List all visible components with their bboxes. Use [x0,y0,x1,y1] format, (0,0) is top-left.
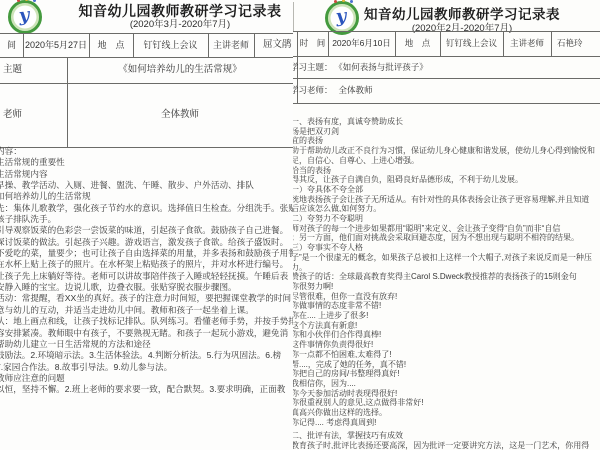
topic-value: 《如何表扬与批评孩子》 [339,62,428,72]
text-line: 引导观察饭菜的色彩尝一尝饭菜的味道，引起孩子食欲。鼓励孩子自己进餐。 [0,225,293,236]
logo-dot-icon [33,0,36,2]
logo-letter: y [18,5,31,28]
place-label-cell: 地 点 [89,33,133,57]
text-line: 一、表扬有度，真诚夸赞助成长 [293,117,600,127]
text-line: 帮....，完成了她的任务，真不错! [293,360,600,370]
logo-dot-icon [25,0,28,1]
text-line: 统地表扬孩子会让孩子无所适从。有针对性的具体表扬会让孩子更容易理解,并且知道 [293,195,600,205]
text-line: 帮助幼儿建立一日生活常规的方法和途径 [0,339,293,350]
page-title: 知音幼儿园教师教研学习记录表 [357,7,567,23]
text-line: 内容： [0,146,293,157]
page-title: 知音幼儿园教师教研学习记录表 [64,3,293,19]
topic-label: 学习主题： [293,62,333,72]
text-line: 教师应注意的问题 [0,373,293,384]
screenshot-canvas: y 知音幼儿园教师教研学习记录表 (2020年3月-2020年7月) 间 202… [0,0,600,450]
text-line: 子”是一个很虚无的概念，如果孩子总被扣上这样一个大帽子,对孩子来说反而是一种压 [293,253,600,263]
teacher-value: 全体教师 [339,85,373,95]
logo-dot-icon [342,0,345,2]
text-line: 早操、教学活动、入厕、进餐、盥洗、午睡、散步、户外活动、排队 [0,180,293,191]
topic-row: 学习主题：《如何表扬与批评孩子》 [293,56,428,78]
place-value-cell: 钉钉线上会议 [133,33,208,57]
text-line: 你在.... 上进步了很多! [293,311,600,321]
text-line: 真高兴你做出这样的选择。 [293,408,600,418]
logo-dot-icon [334,0,337,3]
time-label-cell: 间 [0,33,23,57]
speaker-value-cell: 屈文鹃 [254,33,293,57]
text-line: 以恒，坚持不懈。2.班上老师的要求要一致，配合默契。3.要求明确，正面教 [0,384,293,395]
text-line: 7.家园合作法。8.故事引导法。9.幼儿参与法。 [0,362,293,373]
text-line: 尽管很难，但你一直没有放弃! [293,292,600,302]
text-line: 鼓励法。2.环境暗示法。3.生活体验法。4.判断分析法。5.行为巩固法。6.榜 [0,350,293,361]
document-page-left: y 知音幼儿园教师教研学习记录表 (2020年3月-2020年7月) 间 202… [0,0,293,450]
text-line: 如何培养幼儿的生活常规 [0,191,293,202]
time-label-cell: 时 间 [297,31,328,56]
logo-dot-icon [17,0,20,2]
text-line: 让孩子先上床躺好等待。老师可以讲故事陪伴孩子入睡或轻轻抚摸。午睡后表 [0,271,293,282]
kindergarten-logo-icon: y [8,0,42,34]
page-header: 知音幼儿园教师教研学习记录表 (2020年3月-2020年7月) [64,3,293,30]
teacher-row: 学习老师：全体教师 [293,78,373,103]
text-line: 不爱吃的菜，量要少；也可让孩子自由选择菜的用量，并多表扬和鼓励孩子用餐 [0,248,293,259]
time-value-cell: 2020年5月27日 [23,33,89,57]
text-line: 足，自信心、自尊心、上进心增强。 [293,156,600,166]
text-line: 安静入睡的宝宝。边说儿歌，边叠衣服。张贴穿脱衣服步骤图。 [0,282,293,293]
text-line: 我相信你，因为.... [293,379,600,389]
text-line: 这个方法真有新意! [293,321,600,331]
text-line: 容安排紧凑。教师眼中有孩子，不要熟视无睹。和孩子一起玩小游戏，避免消 [0,328,293,339]
speaker-label-cell: 主讲老师 [208,33,254,57]
text-line: 得其反，让孩子自满自负，阻碍良好品德形成，不利于幼儿发展。 [293,175,600,185]
topic-value-cell: 《如何培养幼儿的生活常规》 [67,57,293,83]
text-line: 这件事情你负责得很好! [293,340,600,350]
place-label-cell: 地 点 [395,31,440,56]
table-border [293,103,600,104]
speaker-value-cell: 石艳玲 [551,31,600,56]
study-content-lines: 一、表扬有度，真诚夸赞助成长扬是把双刃剑宜的表扬助于帮助幼儿改正不良行为习惯，保… [293,117,600,428]
text-line: 三）夸事实不夸人格 [293,243,600,253]
text-line: 你今天参加活动时表现得很好! [293,389,600,399]
teacher-value-cell: 全体教师 [67,83,293,147]
text-line: 助于帮助幼儿改正不良行为习惯，保证幼儿身心健康和谐发展，使幼儿身心得到愉悦和 [293,146,600,156]
text-line: 探讨饭菜的做法。引起孩子兴趣。游戏语言，激发孩子食欲。给孩子盛饭时。 [0,237,293,248]
text-line: 在水杯上贴上孩子的照片。在水杯架上粘贴孩子的照片，并对水杯进行编号。 [0,259,293,270]
study-footer-lines: 二、批评有法，掌握技巧有成效教育孩子时,批评比表扬还要高深，因为批评一定要讲究方… [293,431,600,450]
text-line: 你和小伙伴们合作得真棒! [293,330,600,340]
text-line: 你很重视别人的意见,这点做得非常好! [293,398,600,408]
page-subtitle: (2020年3月-2020年7月) [64,19,293,30]
text-line: 生活常规内容 [0,169,293,180]
document-page-right: y 知音幼儿园教师教研学习记录表 (2020年2月-2020年7月) 时 间 2… [293,0,600,450]
text-line: 力。 [293,263,600,273]
text-line: 宜的表扬 [293,136,600,146]
text-line: 赞孩子的话：全球最高教育奖得主Carol S.Dweck教授推荐的表扬孩子的15… [293,272,600,282]
text-line: 师对孩子的每一个进步如果都用“聪明”来定义、会让孩子变得“自负”而非“自信 [293,224,600,234]
text-line: 二）夸努力不夸聪明 [293,214,600,224]
text-line: ；另一方面，他们面对挑战会采取回避态度，因为不想出现与聪明不相符的结果。 [293,233,600,243]
text-line: 你把自己的房间/书整理得真好! [293,369,600,379]
teacher-label-cell: 老师 [0,83,70,147]
paper-edge [293,2,294,32]
page-header: 知音幼儿园教师教研学习记录表 (2020年2月-2020年7月) [357,7,567,34]
speaker-label-cell: 主讲老师 [503,31,551,56]
place-value-cell: 钉钉线上会议 [440,31,503,56]
text-line: 活动：常提醒，看XX坐的真好。孩子的注意力时间短，要把握课堂教学的时间 [0,293,293,304]
study-content-lines: 内容：生活常规的重要性生活常规内容 早操、教学活动、入厕、进餐、盥洗、午睡、散步… [0,146,293,396]
text-line: 教育孩子时,批评比表扬还要高深，因为批评一定要讲究方法，这是一门艺术，你用得 [293,441,600,450]
topic-label-cell: 主题 [0,57,70,83]
text-line: 你记得.... 考虑得真周到! [293,418,600,428]
logo-dot-icon [350,0,353,3]
text-line: 先：集体儿歌教学，强化孩子节约水的意识。选择值日生检查。分组洗手。张贴 [0,203,293,214]
text-line: 后应该怎么做,如何努力。 [293,204,600,214]
text-line: 你一点都不怕困难,太难得了! [293,350,600,360]
text-line: 你很努力啊! [293,282,600,292]
text-line: 二、批评有法，掌握技巧有成效 [293,431,600,441]
text-line: 恰当的表扬 [293,166,600,176]
text-line: 队：地上画点和线，让孩子找标记排队。队列练习。看懂老师手势，并按手势排 [0,316,293,327]
text-line: 意与幼儿的互动，并适当走进幼儿中间。教师和孩子一起坐着上课。 [0,305,293,316]
kindergarten-logo-icon: y [325,1,359,35]
text-line: 孩子排队洗手。 [0,214,293,225]
text-line: 生活常规的重要性 [0,157,293,168]
logo-letter: y [335,6,348,29]
time-value-cell: 2020年6月10日 [328,31,395,56]
text-line: 你做事情的态度非常不错! [293,301,600,311]
teacher-label: 学习老师： [293,85,333,95]
text-line: 一）夸具体不夸全部 [293,185,600,195]
text-line: 扬是把双刃剑 [293,127,600,137]
